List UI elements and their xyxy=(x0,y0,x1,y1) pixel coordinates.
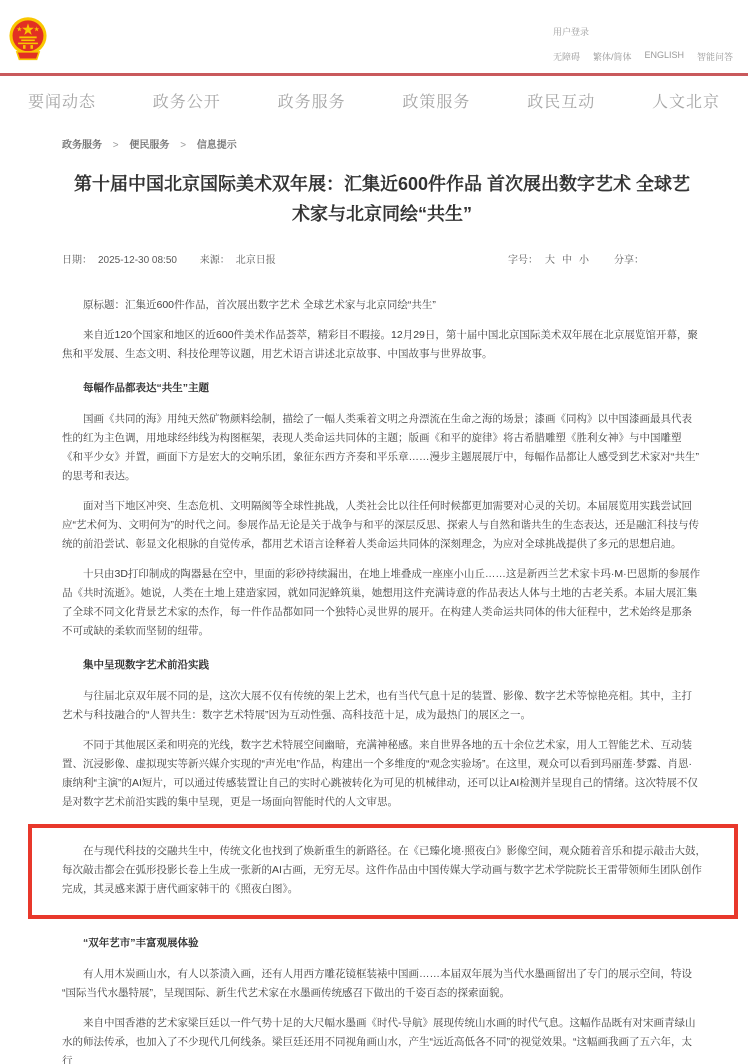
article-body: 原标题：汇集近600件作品，首次展出数字艺术 全球艺术家与北京同绘“共生” 来自… xyxy=(62,296,702,1064)
breadcrumb-separator: > xyxy=(113,140,119,151)
accessibility-link[interactable]: 无障碍 xyxy=(553,50,580,63)
date-value: 2025-12-30 08:50 xyxy=(98,255,177,266)
english-link[interactable]: ENGLISH xyxy=(645,50,685,63)
source-label: 来源： xyxy=(200,255,230,266)
breadcrumb-item-gov-services[interactable]: 政务服务 xyxy=(62,140,102,151)
highlighted-paragraph: 在与现代科技的交融共生中，传统文化也找到了焕新重生的新路径。在《已臻化境·照夜白… xyxy=(62,842,708,899)
article-paragraph: 来自近120个国家和地区的近600件美术作品荟萃，精彩目不暇接。12月29日，第… xyxy=(62,326,702,364)
main-nav: 要闻动态 政务公开 政务服务 政策服务 政民互动 人文北京 xyxy=(0,76,748,124)
breadcrumb-item-info-tips[interactable]: 信息提示 xyxy=(197,140,237,151)
red-highlight-box: 在与现代科技的交融共生中，传统文化也找到了焕新重生的新路径。在《已臻化境·照夜白… xyxy=(28,824,738,919)
article-paragraph: 不同于其他展区柔和明亮的光线，数字艺术特展空间幽暗，充满神秘感。来自世界各地的五… xyxy=(62,736,702,812)
nav-item-gov-services[interactable]: 政务服务 xyxy=(278,89,346,112)
header-links: 用户登录 无障碍 繁体/简体 ENGLISH 智能问答 xyxy=(553,22,703,63)
article-meta-right: 字号： 大 中 小 分享： xyxy=(508,251,644,266)
font-size-small-button[interactable]: 小 xyxy=(579,251,589,266)
article-paragraph: 国画《共同的海》用纯天然矿物颜料绘制，描绘了一幅人类乘着文明之舟漂流在生命之海的… xyxy=(62,410,702,486)
smart-qa-link[interactable]: 智能问答 xyxy=(697,50,733,63)
font-size-medium-button[interactable]: 中 xyxy=(562,251,572,266)
article-paragraph: 面对当下地区冲突、生态危机、文明隔阂等全球性挑战，人类社会比以往任何时候都更加需… xyxy=(62,497,702,554)
font-size-label: 字号： xyxy=(508,251,538,266)
article-meta: 日期：2025-12-30 08:50 来源：北京日报 字号： 大 中 小 分享… xyxy=(62,251,702,266)
article-page: 政务服务 > 便民服务 > 信息提示 第十届中国北京国际美术双年展：汇集近600… xyxy=(0,124,748,1064)
national-emblem-logo[interactable] xyxy=(8,16,48,68)
breadcrumb-separator: > xyxy=(180,140,186,151)
nav-item-humanistic-beijing[interactable]: 人文北京 xyxy=(652,89,720,112)
section-heading: 集中呈现数字艺术前沿实践 xyxy=(62,656,702,675)
breadcrumb: 政务服务 > 便民服务 > 信息提示 xyxy=(62,136,702,151)
font-size-large-button[interactable]: 大 xyxy=(545,251,555,266)
article-meta-left: 日期：2025-12-30 08:50 来源：北京日报 xyxy=(62,251,282,266)
article-paragraph: 与往届北京双年展不同的是，这次大展不仅有传统的架上艺术，也有当代气息十足的装置、… xyxy=(62,687,702,725)
article-paragraph: 原标题：汇集近600件作品，首次展出数字艺术 全球艺术家与北京同绘“共生” xyxy=(62,296,702,315)
article-paragraph: 有人用木炭画山水，有人以茶渍入画，还有人用西方雕花镜框装裱中国画……本届双年展为… xyxy=(62,965,702,1003)
nav-item-news[interactable]: 要闻动态 xyxy=(28,89,96,112)
traditional-simplified-link[interactable]: 繁体/简体 xyxy=(593,50,632,63)
section-heading: “双年艺市”丰富观展体验 xyxy=(62,934,702,953)
section-heading: 每幅作品都表达“共生”主题 xyxy=(62,379,702,398)
source-value: 北京日报 xyxy=(236,255,276,266)
date-label: 日期： xyxy=(62,255,92,266)
nav-item-policy-services[interactable]: 政策服务 xyxy=(402,89,470,112)
user-login-link[interactable]: 用户登录 xyxy=(553,27,589,37)
page-title: 第十届中国北京国际美术双年展：汇集近600件作品 首次展出数字艺术 全球艺术家与… xyxy=(72,169,692,229)
article-paragraph: 来自中国香港的艺术家梁巨廷以一件气势十足的大尺幅水墨画《时代-导航》展现传统山水… xyxy=(62,1014,702,1064)
nav-item-gov-affairs-open[interactable]: 政务公开 xyxy=(153,89,221,112)
article-paragraph: 十只由3D打印制成的陶器悬在空中，里面的彩砂持续漏出，在地上堆叠成一座座小山丘…… xyxy=(62,565,702,641)
site-header: 用户登录 无障碍 繁体/简体 ENGLISH 智能问答 xyxy=(0,0,748,76)
national-emblem-icon xyxy=(8,16,48,68)
nav-item-public-interaction[interactable]: 政民互动 xyxy=(527,89,595,112)
share-label: 分享： xyxy=(614,251,644,266)
breadcrumb-item-convenience-services[interactable]: 便民服务 xyxy=(129,140,169,151)
